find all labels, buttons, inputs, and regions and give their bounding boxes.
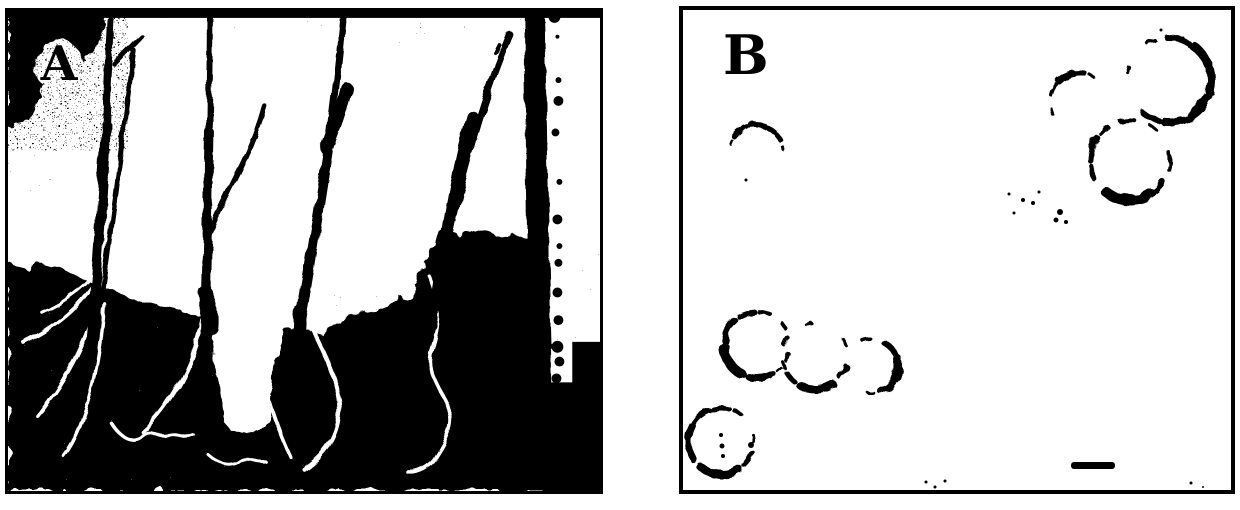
panel-b-label: B <box>723 23 769 87</box>
cell-arc <box>895 359 898 379</box>
cell-arc <box>1169 153 1170 170</box>
cell-arc <box>1128 67 1130 73</box>
cell-arc <box>754 435 755 442</box>
panel-a-top-border <box>8 11 600 18</box>
cell-arc <box>782 146 783 149</box>
cell-arc <box>863 339 870 340</box>
panel-b-canvas: B <box>683 10 1231 490</box>
cell-arc <box>713 408 729 409</box>
cell-arc <box>1076 73 1085 74</box>
cell-arc <box>783 362 785 368</box>
cell-arc <box>777 135 780 139</box>
cell-arc <box>1209 68 1211 91</box>
cell-arc <box>1090 75 1094 77</box>
panel-a-canvas: A <box>8 11 600 491</box>
cell-arc <box>1120 120 1134 121</box>
panel-b-protoplast-micrograph: B <box>679 6 1235 494</box>
cell-arc <box>730 141 731 144</box>
cell-arc <box>1165 118 1187 122</box>
cell-arc <box>749 374 773 378</box>
panel-a-label: A <box>40 36 79 92</box>
scale-bar <box>1071 462 1115 469</box>
cell-arc <box>750 125 764 126</box>
cell-arc <box>806 323 812 324</box>
panel-a-seedlings-photo: A <box>5 8 603 494</box>
cell-arc <box>786 354 789 360</box>
